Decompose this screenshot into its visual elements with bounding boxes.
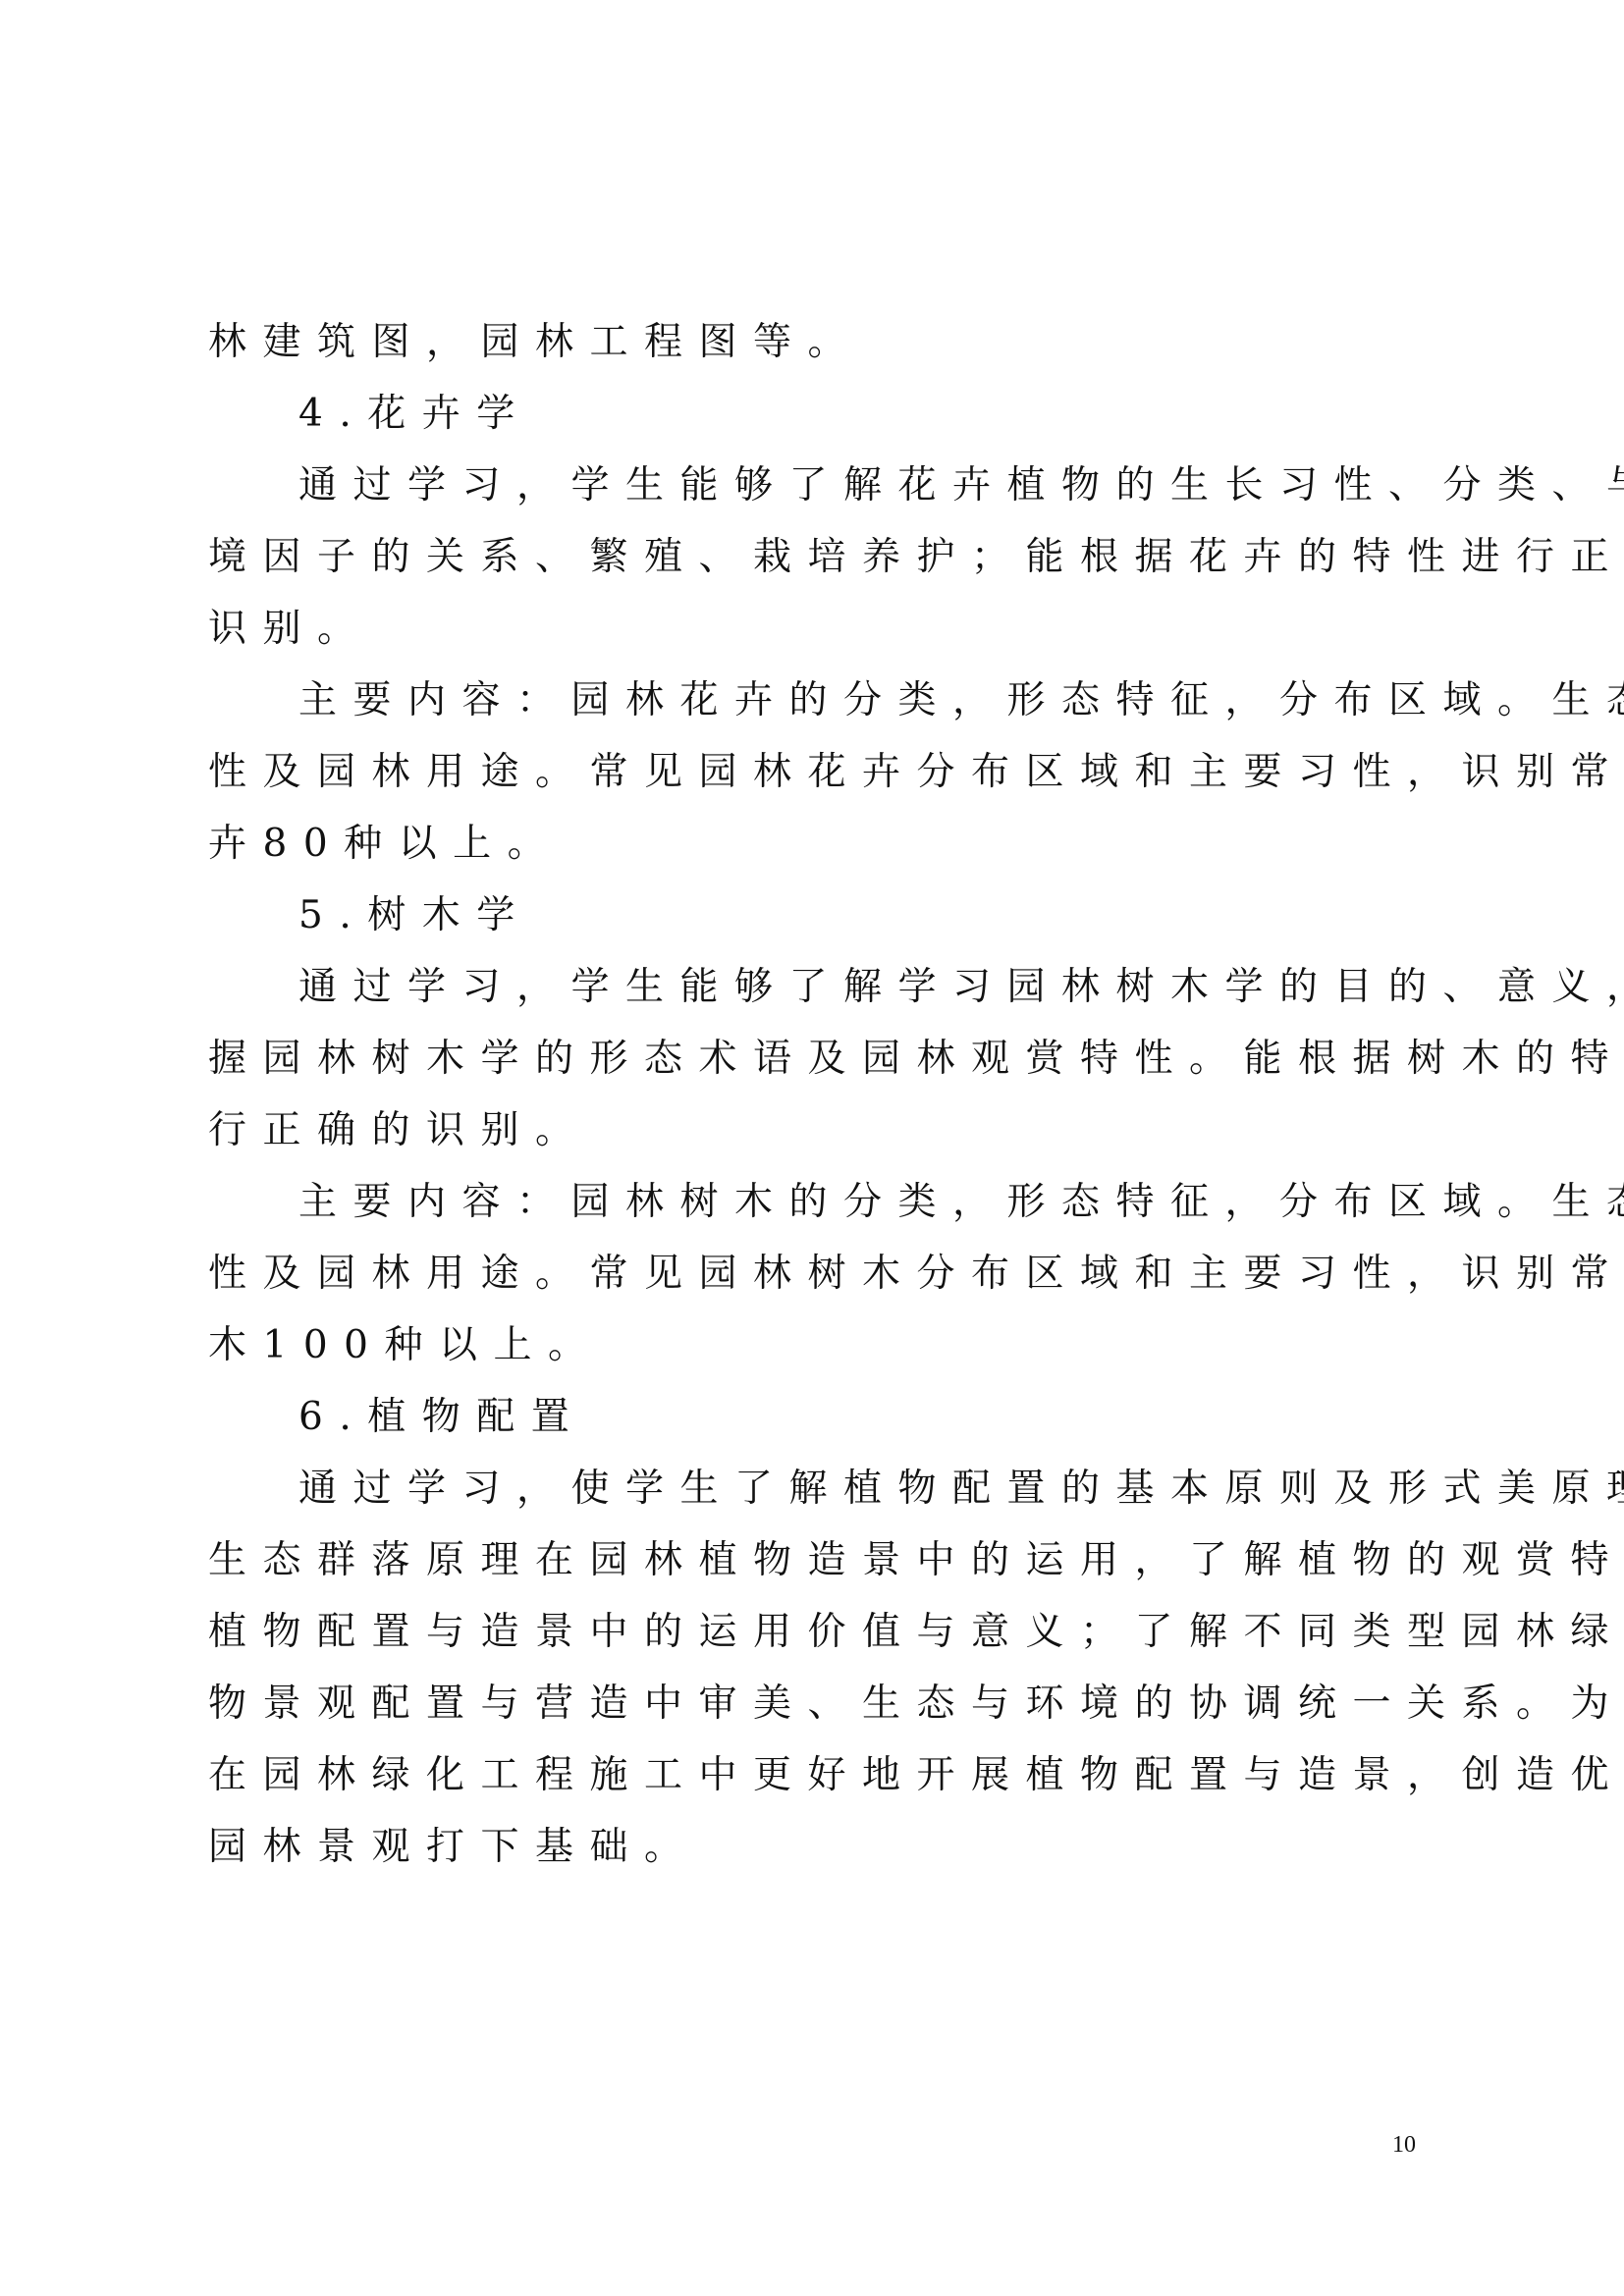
paragraph-line: 性及园林用途。常见园林花卉分布区域和主要习性，识别常见花	[208, 736, 1432, 808]
paragraph-line: 主要内容：园林花卉的分类，形态特征，分布区域。生态习	[208, 665, 1432, 736]
document-page-body: 林建筑图，园林工程图等。 4.花卉学 通过学习，学生能够了解花卉植物的生长习性、…	[208, 306, 1432, 1883]
page-number: 10	[1392, 2132, 1416, 2159]
paragraph-line: 通过学习，学生能够了解学习园林树木学的目的、意义，掌	[208, 951, 1432, 1023]
paragraph-line: 通过学习，使学生了解植物配置的基本原则及形式美原理与	[208, 1453, 1432, 1524]
paragraph-line: 境因子的关系、繁殖、栽培养护；能根据花卉的特性进行正确的	[208, 521, 1432, 593]
paragraph-line: 通过学习，学生能够了解花卉植物的生长习性、分类、与环	[208, 450, 1432, 521]
paragraph-line: 在园林绿化工程施工中更好地开展植物配置与造景，创造优美的	[208, 1739, 1432, 1811]
paragraph-line: 生态群落原理在园林植物造景中的运用，了解植物的观赏特性在	[208, 1524, 1432, 1596]
paragraph-line: 卉80种以上。	[208, 808, 1432, 880]
paragraph-line: 主要内容：园林树木的分类，形态特征，分布区域。生态习	[208, 1166, 1432, 1238]
paragraph-line: 植物配置与造景中的运用价值与意义；了解不同类型园林绿地植	[208, 1596, 1432, 1668]
paragraph-line: 握园林树木学的形态术语及园林观赏特性。能根据树木的特性进	[208, 1023, 1432, 1095]
text-line-continuation: 林建筑图，园林工程图等。	[208, 306, 1432, 378]
section-heading-dendrology: 5.树木学	[208, 880, 1432, 951]
paragraph-line: 行正确的识别。	[208, 1095, 1432, 1166]
paragraph-line: 园林景观打下基础。	[208, 1811, 1432, 1883]
paragraph-line: 木100种以上。	[208, 1309, 1432, 1381]
paragraph-line: 性及园林用途。常见园林树木分布区域和主要习性，识别常见树	[208, 1238, 1432, 1309]
paragraph-line: 物景观配置与营造中审美、生态与环境的协调统一关系。为学生	[208, 1668, 1432, 1739]
section-heading-floriculture: 4.花卉学	[208, 378, 1432, 450]
paragraph-line: 识别。	[208, 593, 1432, 665]
section-heading-plant-arrangement: 6.植物配置	[208, 1381, 1432, 1453]
